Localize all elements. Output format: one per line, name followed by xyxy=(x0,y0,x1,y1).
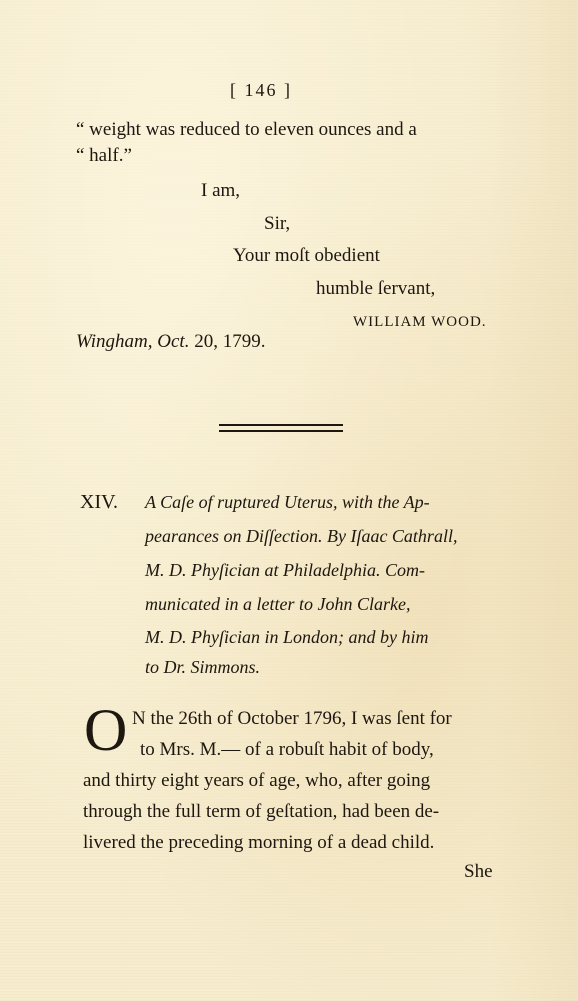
body-line-4: through the full term of geſtation, had … xyxy=(83,801,439,823)
section-rule-top xyxy=(219,424,343,426)
body-line-2: to Mrs. M.— of a robuſt habit of body, xyxy=(140,739,434,761)
body-line-5: livered the preceding morning of a dead … xyxy=(83,832,434,854)
salutation-obedient: Your moſt obedient xyxy=(233,245,380,267)
salutation-i-am: I am, xyxy=(201,180,240,202)
article-title-line-6: to Dr. Simmons. xyxy=(145,657,260,678)
quote-line-2: “ half.” xyxy=(76,145,132,167)
article-number: XIV. xyxy=(80,491,118,514)
book-page: [ 146 ] “ weight was reduced to eleven o… xyxy=(0,0,578,1001)
article-title-line-5: M. D. Phyſician in London; and by him xyxy=(145,627,428,648)
body-line-3: and thirty eight years of age, who, afte… xyxy=(83,770,430,792)
section-rule-bottom xyxy=(219,430,343,432)
article-title-line-2: pearances on Diſſection. By Iſaac Cathra… xyxy=(145,526,457,547)
salutation-sir: Sir, xyxy=(264,213,290,235)
article-title-line-4: municated in a letter to John Clarke, xyxy=(145,594,410,615)
article-title-line-1: A Caſe of ruptured Uterus, with the Ap- xyxy=(145,492,430,513)
place: Wingham, Oct. xyxy=(76,331,189,352)
body-line-1: N the 26th of October 1796, I was ſent f… xyxy=(132,708,452,730)
quote-line-1: “ weight was reduced to eleven ounces an… xyxy=(76,119,417,141)
drop-cap: O xyxy=(84,704,127,756)
date: 20, 1799. xyxy=(194,331,265,352)
catchword: She xyxy=(464,861,493,883)
place-date: Wingham, Oct. 20, 1799. xyxy=(76,331,265,353)
salutation-servant: humble ſervant, xyxy=(316,278,435,300)
page-number: [ 146 ] xyxy=(230,80,292,101)
signature: WILLIAM WOOD. xyxy=(353,314,487,331)
article-title-line-3: M. D. Phyſician at Philadelphia. Com- xyxy=(145,560,425,581)
